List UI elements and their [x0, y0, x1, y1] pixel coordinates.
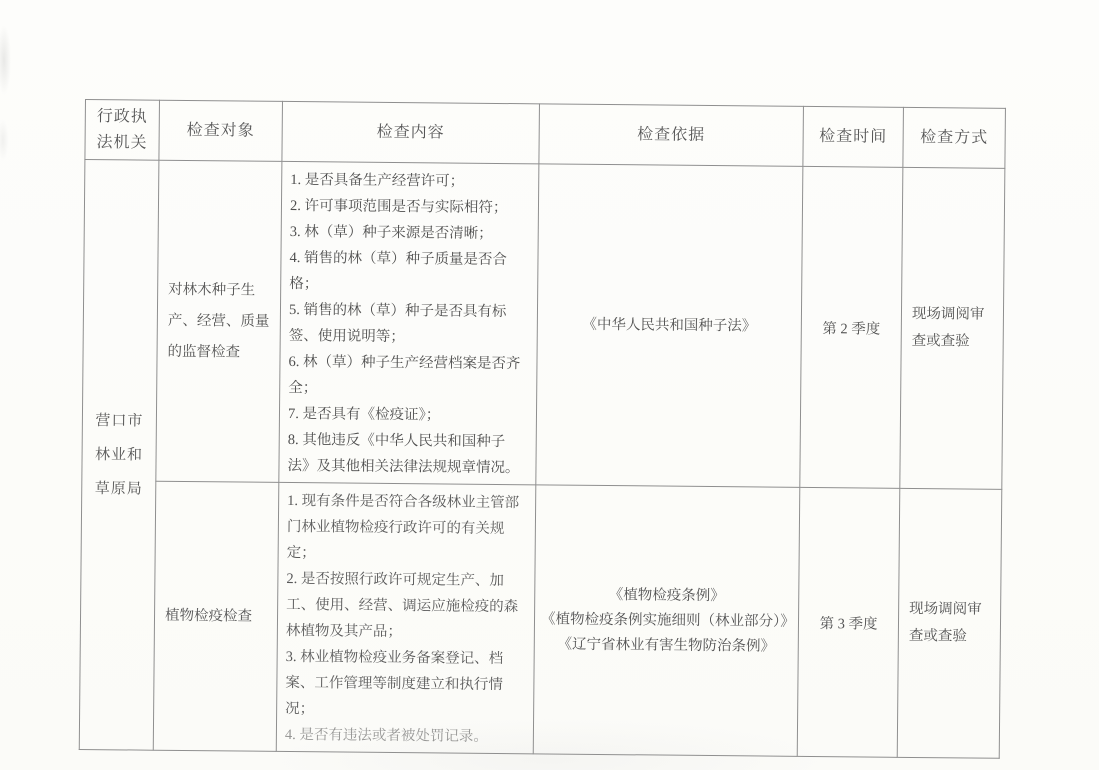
column-header-time: 检查时间 — [803, 106, 904, 167]
method-cell: 现场调阅审查或查验 — [900, 167, 1005, 489]
column-header-target: 检查对象 — [159, 100, 283, 161]
table-header: 行政执法机关 检查对象 检查内容 检查依据 检查时间 检查方式 — [85, 100, 1006, 169]
basis-item: 《植物检疫条例》 — [541, 582, 792, 609]
target-cell: 对林木种子生产、经营、质量的监督检查 — [156, 160, 282, 482]
inspection-plan-table: 行政执法机关 检查对象 检查内容 检查依据 检查时间 检查方式 营口市林业和草原… — [79, 99, 1005, 759]
content-cell: 1. 现有条件是否符合各级林业主管部门林业植物检疫行政许可的有关规定； 2. 是… — [276, 482, 536, 753]
column-header-method: 检查方式 — [903, 107, 1006, 168]
basis-item: 《辽宁省林业有害生物防治条例》 — [541, 632, 792, 659]
content-item: 1. 现有条件是否符合各级林业主管部门林业植物检疫行政许可的有关规定； — [287, 488, 527, 568]
table-body: 营口市林业和草原局 对林木种子生产、经营、质量的监督检查 1. 是否具备生产经营… — [79, 160, 1005, 759]
content-cell: 1. 是否具备生产经营许可； 2. 许可事项范围是否与实际相符； 3. 林（草）… — [279, 161, 539, 484]
inspection-table: 行政执法机关 检查对象 检查内容 检查依据 检查时间 检查方式 营口市林业和草原… — [79, 99, 1006, 759]
content-item: 3. 林业植物检疫业务备案登记、档案、工作管理等制度建立和执行情况； — [285, 644, 525, 724]
basis-cell: 《中华人民共和国种子法》 — [536, 164, 803, 488]
table-row-seed-supervision: 营口市林业和草原局 对林木种子生产、经营、质量的监督检查 1. 是否具备生产经营… — [82, 160, 1005, 490]
content-item: 1. 是否具备生产经营许可； — [290, 167, 529, 195]
column-header-basis: 检查依据 — [539, 104, 804, 167]
target-cell: 植物检疫检查 — [153, 481, 279, 751]
basis-cell: 《植物检疫条例》 《植物检疫条例实施细则（林业部分）》 《辽宁省林业有害生物防治… — [533, 485, 800, 757]
table-row-plant-quarantine: 植物检疫检查 1. 现有条件是否符合各级林业主管部门林业植物检疫行政许可的有关规… — [79, 480, 1002, 758]
content-item: 6. 林（草）种子生产经营档案是否齐全； — [288, 349, 527, 403]
column-header-agency: 行政执法机关 — [85, 100, 160, 161]
basis-item: 《中华人民共和国种子法》 — [544, 312, 795, 339]
content-item: 2. 是否按照行政许可规定生产、加工、使用、经营、调运应施检疫的森林植物及其产品… — [286, 566, 526, 646]
content-item: 5. 销售的林（草）种子是否具有标签、使用说明等； — [289, 297, 528, 351]
content-item: 7. 是否具有《检疫证》； — [288, 401, 527, 429]
content-item: 4. 销售的林（草）种子质量是否合格； — [289, 245, 528, 299]
column-header-content: 检查内容 — [282, 101, 540, 163]
time-cell: 第 2 季度 — [800, 166, 903, 488]
method-cell: 现场调阅审查或查验 — [897, 488, 1002, 758]
content-item: 3. 林（草）种子来源是否清晰； — [290, 219, 529, 247]
content-item: 2. 许可事项范围是否与实际相符； — [290, 193, 529, 221]
agency-cell: 营口市林业和草原局 — [79, 160, 159, 751]
scanned-document-page: 行政执法机关 检查对象 检查内容 检查依据 检查时间 检查方式 营口市林业和草原… — [0, 0, 1099, 770]
content-item: 8. 其他违反《中华人民共和国种子法》及其他相关法律法规规章情况。 — [287, 427, 526, 481]
header-row: 行政执法机关 检查对象 检查内容 检查依据 检查时间 检查方式 — [85, 100, 1006, 169]
time-cell: 第 3 季度 — [797, 487, 900, 757]
basis-item: 《植物检疫条例实施细则（林业部分）》 — [541, 607, 792, 634]
content-item: 4. 是否有违法或者被处罚记录。 — [285, 722, 524, 750]
